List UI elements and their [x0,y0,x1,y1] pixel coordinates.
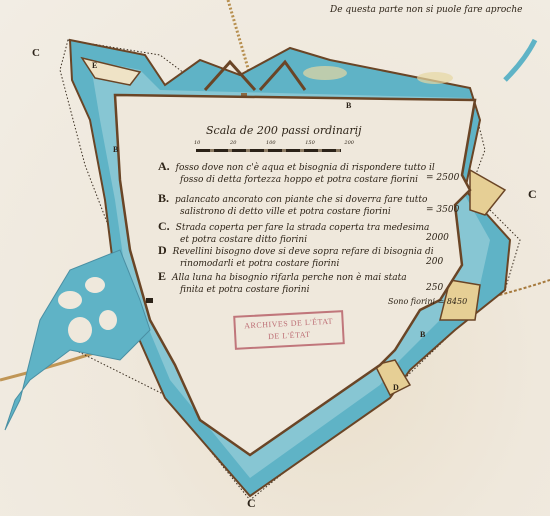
label-c-east: C [528,187,537,201]
legend-key: E [158,269,166,283]
legend-text: salistrono di detto ville et potra costa… [158,206,427,218]
legend-key: D [158,243,167,257]
legend-amount: = 3500 [426,204,459,216]
legend-text: finita et potra costare fiorini [158,284,407,296]
label-b-west: B [113,145,119,154]
label-e-lunette: E [92,61,97,70]
scale-tick: 100 [266,140,276,146]
legend-entry-d: DRevellini bisogno dove si deve sopra re… [158,244,434,270]
scale-bar [196,149,341,152]
legend-amount: 250 [426,282,443,294]
legend-text: Strada coperta per fare la strada copert… [176,223,430,233]
legend-amount: 2000 [426,232,449,244]
archive-stamp: ARCHIVES DE L'ÉTAT DE L'ÉTAT [233,310,345,350]
legend-key: A. [158,159,170,173]
legend-text: fosso di detta fortezza hoppo et potra c… [158,174,435,186]
legend-entry-a: A.fosso dove non c'è aqua et bisognia di… [158,160,435,186]
scale-tick: 10 [194,140,200,146]
label-b-southeast: B [420,330,426,339]
legend-entry-c: C.Strada coperta per fare la strada cope… [158,220,429,246]
scale-tick: 200 [344,140,354,146]
scale-ticks: 10 20 100 150 200 [194,140,354,146]
scale-tick: 150 [305,140,315,146]
legend-text: fosso dove non c'è aqua et bisognia di r… [176,163,435,173]
label-b-north: B [346,101,352,110]
legend-entry-b: B.palancato ancorato con piante che si d… [158,192,427,218]
lagoon-island [85,277,105,293]
approach-note: De questa parte non si puole fare aproch… [330,5,522,15]
legend-entry-e: EAlla luna ha bisognio rifarla perche no… [158,270,407,296]
lagoon-island [99,310,117,330]
legend-key: C. [158,219,170,233]
legend-amount: 200 [426,256,443,268]
scale-tick: 20 [230,140,236,146]
gate-west [146,298,153,303]
lagoon-island [58,291,82,309]
lagoon-island [68,317,92,343]
legend-text: palancato ancorato con piante che si dov… [175,195,427,205]
sandbank [417,72,453,84]
label-c-northwest: C [32,47,40,59]
legend-amount: = 2500 [426,172,459,184]
legend-total: Sono fiorini = 8450 [388,297,467,306]
scale-title: Scala de 200 passi ordinarij [206,124,362,137]
legend-text: Revellini bisogno dove si deve sopra ref… [173,247,434,257]
east-ravelin [470,170,505,215]
legend-key: B. [158,191,169,205]
label-c-south: C [247,496,256,510]
fortification-map: C E B B C B D C De questa parte non si p… [0,0,550,516]
legend-text: Alla luna ha bisognio rifarla perche non… [172,273,407,283]
legend-text: rinomodarli et potra costare fiorini [158,258,434,270]
stream-northeast [505,40,535,80]
sandbank [303,66,347,80]
label-d-ravelin: D [393,383,399,392]
